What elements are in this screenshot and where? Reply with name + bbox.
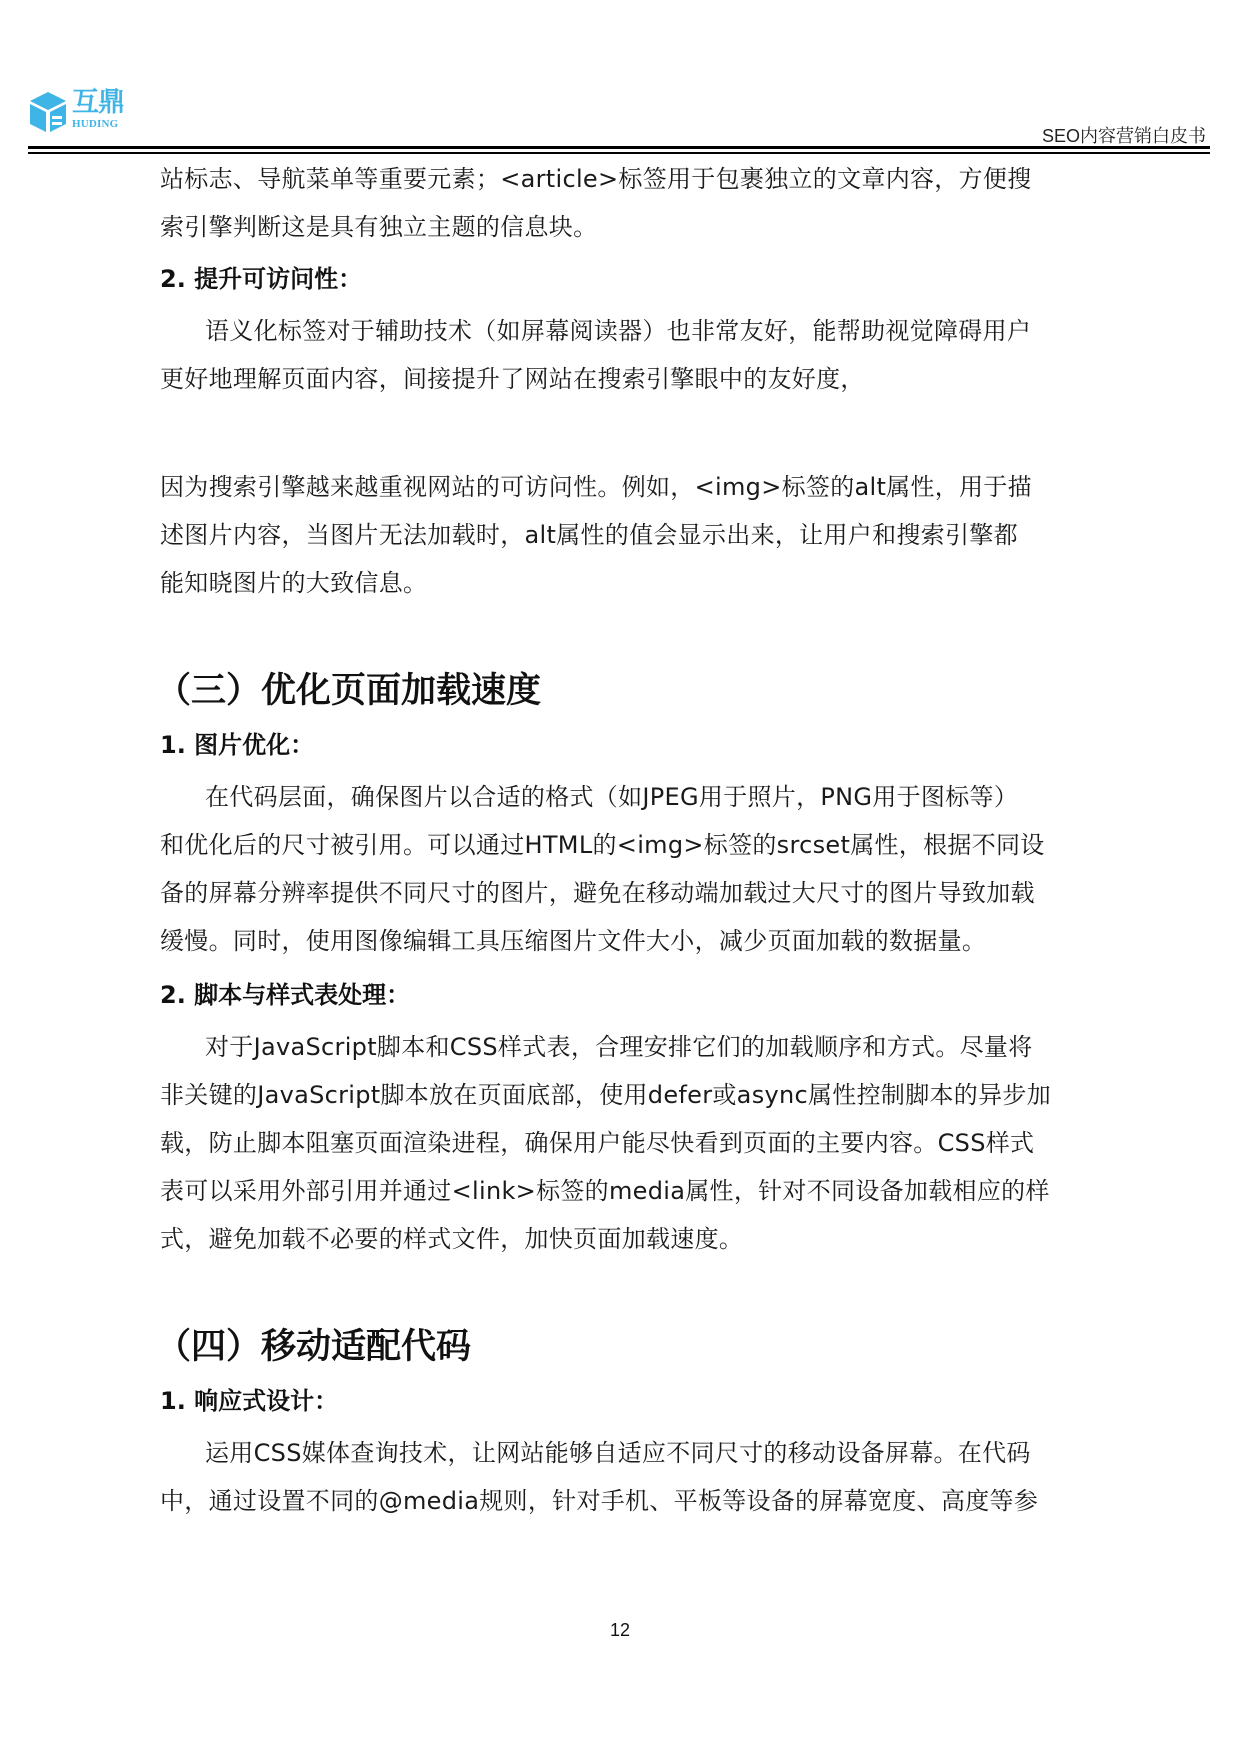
- paragraph-line: 对于JavaScript脚本和CSS样式表，合理安排它们的加载顺序和方式。尽量将: [160, 1023, 1080, 1071]
- paragraph-line: 语义化标签对于辅助技术（如屏幕阅读器）也非常友好，能帮助视觉障碍用户: [160, 307, 1080, 355]
- paragraph-line: 和优化后的尺寸被引用。可以通过HTML的<img>标签的srcset属性，根据不…: [160, 821, 1080, 869]
- paragraph-line: 备的屏幕分辨率提供不同尺寸的图片，避免在移动端加载过大尺寸的图片导致加载: [160, 869, 1080, 917]
- page-body: 站标志、导航菜单等重要元素；<article>标签用于包裹独立的文章内容，方便搜…: [160, 155, 1080, 1525]
- subheading-responsive-design: 1. 响应式设计：: [160, 1377, 1080, 1425]
- subheading-image-optimization: 1. 图片优化：: [160, 721, 1080, 769]
- subheading-accessibility: 2. 提升可访问性：: [160, 255, 1080, 303]
- header-rule-thin: [28, 152, 1210, 154]
- subheading-scripts-styles: 2. 脚本与样式表处理：: [160, 971, 1080, 1019]
- paragraph-line: 载，防止脚本阻塞页面渲染进程，确保用户能尽快看到页面的主要内容。CSS样式: [160, 1119, 1080, 1167]
- section-heading-load-speed: （三）优化页面加载速度: [156, 667, 1080, 715]
- paragraph-line: 非关键的JavaScript脚本放在页面底部，使用defer或async属性控制…: [160, 1071, 1080, 1119]
- paragraph-line: 式，避免加载不必要的样式文件，加快页面加载速度。: [160, 1215, 1080, 1263]
- huding-logo: 互鼎 HUDING: [28, 88, 138, 138]
- document-title: SEO内容营销白皮书: [1042, 122, 1206, 148]
- page-number: 12: [0, 1620, 1240, 1641]
- paragraph-line: 在代码层面，确保图片以合适的格式（如JPEG用于照片，PNG用于图标等）: [160, 773, 1080, 821]
- logo-english-text: HUDING: [72, 118, 118, 130]
- header-rule-thick: [28, 146, 1210, 149]
- paragraph-line: 更好地理解页面内容，间接提升了网站在搜索引擎眼中的友好度，: [160, 355, 1080, 403]
- paragraph-line: 表可以采用外部引用并通过<link>标签的media属性，针对不同设备加载相应的…: [160, 1167, 1080, 1215]
- cube-logo-icon: [28, 90, 68, 134]
- paragraph-line: 能知晓图片的大致信息。: [160, 559, 1080, 607]
- logo-chinese-text: 互鼎: [72, 88, 124, 118]
- paragraph-line: 索引擎判断这是具有独立主题的信息块。: [160, 203, 1080, 251]
- paragraph-line: 述图片内容，当图片无法加载时，alt属性的值会显示出来，让用户和搜索引擎都: [160, 511, 1080, 559]
- section-heading-mobile: （四）移动适配代码: [156, 1323, 1080, 1371]
- page-header: 互鼎 HUDING SEO内容营销白皮书: [0, 0, 1240, 160]
- paragraph-line: 运用CSS媒体查询技术，让网站能够自适应不同尺寸的移动设备屏幕。在代码: [160, 1429, 1080, 1477]
- paragraph-line: 缓慢。同时，使用图像编辑工具压缩图片文件大小，减少页面加载的数据量。: [160, 917, 1080, 965]
- paragraph-line: 中，通过设置不同的@media规则，针对手机、平板等设备的屏幕宽度、高度等参: [160, 1477, 1080, 1525]
- paragraph-line: 因为搜索引擎越来越重视网站的可访问性。例如，<img>标签的alt属性，用于描: [160, 463, 1080, 511]
- paragraph-line: 站标志、导航菜单等重要元素；<article>标签用于包裹独立的文章内容，方便搜: [160, 155, 1080, 203]
